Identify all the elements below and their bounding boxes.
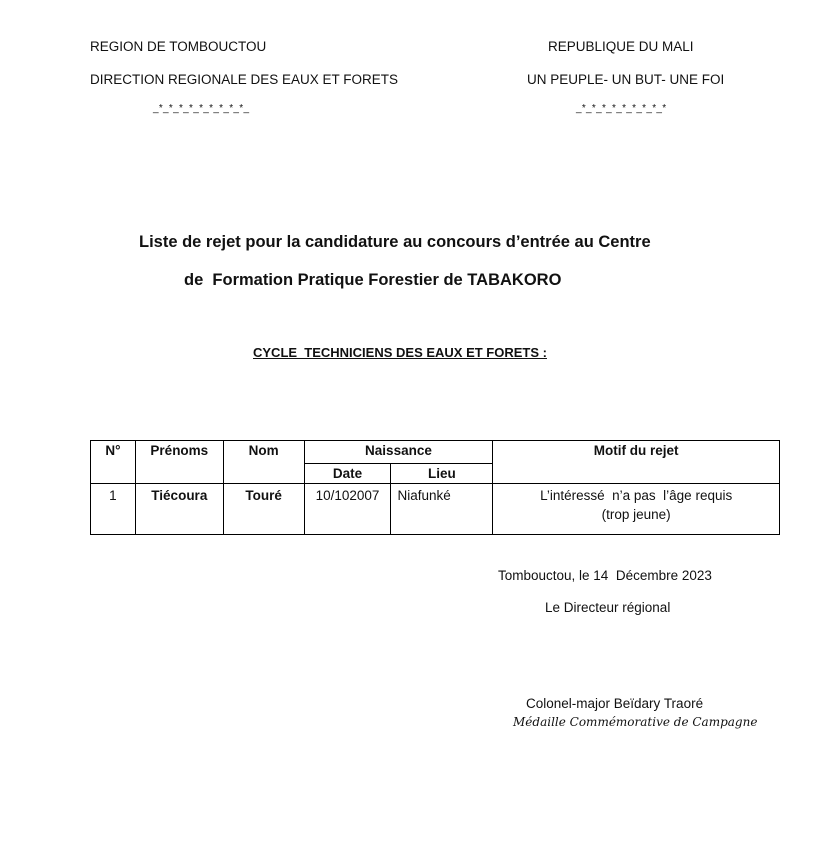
place-and-date: Tombouctou, le 14 Décembre 2023 [498, 568, 712, 583]
cell-birth-date: 10/102007 [304, 484, 391, 535]
cell-reason: L’intéressé n’a pas l’âge requis (trop j… [493, 484, 780, 535]
header-reason: Motif du rejet [493, 441, 780, 484]
reason-line1: L’intéressé n’a pas l’âge requis [493, 486, 779, 505]
cell-first-names: Tiécoura [135, 484, 223, 535]
signatory-distinction: Médaille Commémorative de Campagne [513, 715, 757, 729]
document-title-line2: de Formation Pratique Forestier de TABAK… [184, 271, 561, 290]
header-republic: REPUBLIQUE DU MALI [548, 39, 694, 54]
header-birth-date: Date [304, 464, 391, 484]
header-first-names: Prénoms [135, 441, 223, 484]
table-header-row: N° Prénoms Nom Naissance Motif du rejet [91, 441, 780, 464]
header-number: N° [91, 441, 136, 484]
reason-line2: (trop jeune) [493, 505, 779, 524]
document-title-line1: Liste de rejet pour la candidature au co… [139, 233, 651, 252]
header-birth-place: Lieu [391, 464, 493, 484]
cell-birth-place: Niafunké [391, 484, 493, 535]
signatory-name: Colonel-major Beïdary Traoré [526, 696, 703, 711]
table-row: 1 Tiécoura Touré 10/102007 Niafunké L’in… [91, 484, 780, 535]
header-motto: UN PEUPLE- UN BUT- UNE FOI [527, 72, 724, 87]
cell-last-name: Touré [223, 484, 304, 535]
signatory-role: Le Directeur régional [545, 600, 670, 615]
cell-number: 1 [91, 484, 136, 535]
rejection-table: N° Prénoms Nom Naissance Motif du rejet … [90, 440, 780, 535]
header-region: REGION DE TOMBOUCTOU [90, 39, 266, 54]
header-left-separator: _*_*_*_*_*_*_*_*_*_ [153, 103, 249, 114]
header-direction: DIRECTION REGIONALE DES EAUX ET FORETS [90, 72, 398, 87]
header-last-name: Nom [223, 441, 304, 484]
section-heading: CYCLE TECHNICIENS DES EAUX ET FORETS : [253, 345, 547, 360]
header-birth: Naissance [304, 441, 493, 464]
header-right-separator: _*_*_*_*_*_*_*_*_* [576, 103, 666, 114]
